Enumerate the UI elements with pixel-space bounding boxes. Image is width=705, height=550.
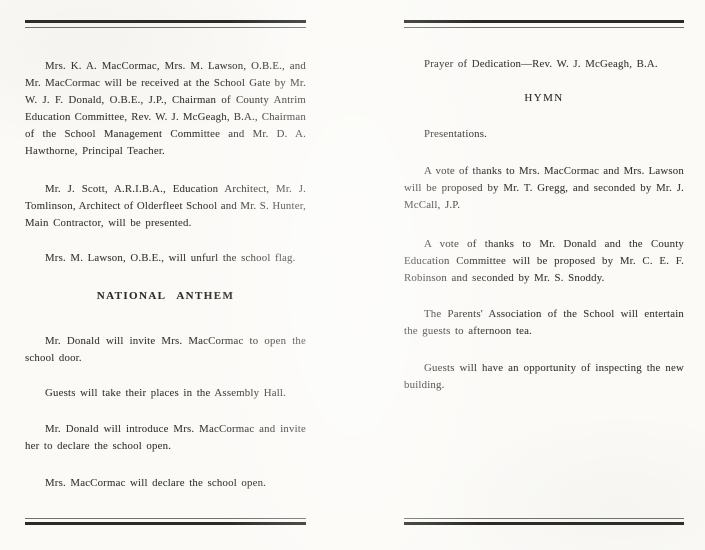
bottom-double-rule-left (25, 518, 306, 525)
line-text: the guests to afternoon tea. (404, 325, 532, 337)
text-line: A vote of thanks to Mr. Donald and the C… (404, 236, 684, 253)
line-text: McCall, J.P. (404, 199, 460, 211)
line-text: Mrs. MacCormac will declare the school o… (45, 477, 266, 489)
line-text: Mrs. K. A. MacCormac, Mrs. M. Lawson, O.… (45, 60, 306, 72)
paragraph-architects: Mr. J. Scott, A.R.I.B.A., Education Arch… (25, 181, 306, 232)
line-text: Prayer of Dedication—Rev. W. J. McGeagh,… (424, 58, 658, 70)
text-line: her to declare the school open. (25, 438, 306, 455)
right-page: Prayer of Dedication—Rev. W. J. McGeagh,… (404, 0, 684, 550)
line-text: Mr. Donald will invite Mrs. MacCormac to… (45, 335, 306, 347)
line-text: Mrs. M. Lawson, O.B.E., will unfurl the … (45, 252, 296, 264)
line-text: Hawthorne, Principal Teacher. (25, 145, 165, 157)
line-text: Education Committee will be proposed by … (404, 255, 684, 267)
paragraph-reception: Mrs. K. A. MacCormac, Mrs. M. Lawson, O.… (25, 58, 306, 160)
heading-national-anthem: NATIONAL ANTHEM (25, 288, 306, 305)
line-text: Robinson and seconded by Mr. S. Snoddy. (404, 272, 605, 284)
paragraph-presentations: Presentations. (404, 126, 684, 143)
text-line: W. J. F. Donald, O.B.E., J.P., Chairman … (25, 92, 306, 109)
text-line: Robinson and seconded by Mr. S. Snoddy. (404, 270, 684, 287)
rule-thick-bar (25, 522, 306, 525)
text-line: Guests will take their places in the Ass… (25, 385, 306, 402)
text-line: Mr. MacCormac will be received at the Sc… (25, 75, 306, 92)
line-text: Mr. MacCormac will be received at the Sc… (25, 77, 306, 89)
rule-thin-bar (404, 27, 684, 28)
text-line: The Parents' Association of the School w… (404, 306, 684, 323)
line-text: Mr. Donald will introduce Mrs. MacCormac… (45, 423, 306, 435)
text-line: Mr. J. Scott, A.R.I.B.A., Education Arch… (25, 181, 306, 198)
text-line: Mr. Donald will introduce Mrs. MacCormac… (25, 421, 306, 438)
text-line: Guests will have an opportunity of inspe… (404, 360, 684, 377)
top-double-rule-right (404, 20, 684, 28)
heading-hymn: HYMN (404, 90, 684, 107)
bottom-double-rule-right (404, 518, 684, 525)
line-text: building. (404, 379, 445, 391)
paragraph-prayer-dedication: Prayer of Dedication—Rev. W. J. McGeagh,… (404, 56, 684, 73)
text-line: of the School Management Committee and M… (25, 126, 306, 143)
rule-thick-bar (25, 20, 306, 23)
paragraph-afternoon-tea: The Parents' Association of the School w… (404, 306, 684, 340)
text-line: the guests to afternoon tea. (404, 323, 684, 340)
line-text: A vote of thanks to Mr. Donald and the C… (424, 238, 684, 250)
text-line: school door. (25, 350, 306, 367)
line-text: will be proposed by Mr. T. Gregg, and se… (404, 182, 684, 194)
text-line: Mrs. MacCormac will declare the school o… (25, 475, 306, 492)
text-line: Mrs. M. Lawson, O.B.E., will unfurl the … (25, 250, 306, 267)
line-text: her to declare the school open. (25, 440, 171, 452)
line-text: Presentations. (424, 128, 487, 140)
paragraph-inspect-building: Guests will have an opportunity of inspe… (404, 360, 684, 394)
paragraph-declare-open: Mrs. MacCormac will declare the school o… (25, 475, 306, 492)
rule-thin-bar (25, 27, 306, 28)
text-line: Prayer of Dedication—Rev. W. J. McGeagh,… (404, 56, 684, 73)
line-text: Tomlinson, Architect of Olderfleet Schoo… (25, 200, 306, 212)
text-line: will be proposed by Mr. T. Gregg, and se… (404, 180, 684, 197)
rule-thick-bar (404, 20, 684, 23)
text-line: Education Committee, Rev. W. J. McGeagh,… (25, 109, 306, 126)
rule-thin-bar (25, 518, 306, 519)
paragraph-unfurl-flag: Mrs. M. Lawson, O.B.E., will unfurl the … (25, 250, 306, 267)
paragraph-thanks-maccormac: A vote of thanks to Mrs. MacCormac and M… (404, 163, 684, 214)
text-line: Hawthorne, Principal Teacher. (25, 143, 306, 160)
line-text: Education Committee, Rev. W. J. McGeagh,… (25, 111, 306, 123)
line-text: of the School Management Committee and M… (25, 128, 306, 140)
text-line: Main Contractor, will be presented. (25, 215, 306, 232)
text-line: A vote of thanks to Mrs. MacCormac and M… (404, 163, 684, 180)
text-line: Tomlinson, Architect of Olderfleet Schoo… (25, 198, 306, 215)
paragraph-assembly-hall: Guests will take their places in the Ass… (25, 385, 306, 402)
text-line: McCall, J.P. (404, 197, 684, 214)
line-text: school door. (25, 352, 82, 364)
text-line: Mrs. K. A. MacCormac, Mrs. M. Lawson, O.… (25, 58, 306, 75)
scanned-programme-spread: Mrs. K. A. MacCormac, Mrs. M. Lawson, O.… (0, 0, 705, 550)
line-text: Guests will have an opportunity of inspe… (424, 362, 684, 374)
line-text: The Parents' Association of the School w… (424, 308, 684, 320)
paragraph-open-door: Mr. Donald will invite Mrs. MacCormac to… (25, 333, 306, 367)
line-text: Main Contractor, will be presented. (25, 217, 191, 229)
paragraph-introduce: Mr. Donald will introduce Mrs. MacCormac… (25, 421, 306, 455)
rule-thin-bar (404, 518, 684, 519)
line-text: Guests will take their places in the Ass… (45, 387, 286, 399)
text-line: building. (404, 377, 684, 394)
paragraph-thanks-donald: A vote of thanks to Mr. Donald and the C… (404, 236, 684, 287)
line-text: A vote of thanks to Mrs. MacCormac and M… (424, 165, 684, 177)
text-line: Mr. Donald will invite Mrs. MacCormac to… (25, 333, 306, 350)
top-double-rule-left (25, 20, 306, 28)
text-line: Education Committee will be proposed by … (404, 253, 684, 270)
rule-thick-bar (404, 522, 684, 525)
left-page: Mrs. K. A. MacCormac, Mrs. M. Lawson, O.… (25, 0, 306, 550)
line-text: Mr. J. Scott, A.R.I.B.A., Education Arch… (45, 183, 306, 195)
text-line: Presentations. (404, 126, 684, 143)
line-text: W. J. F. Donald, O.B.E., J.P., Chairman … (25, 94, 306, 106)
